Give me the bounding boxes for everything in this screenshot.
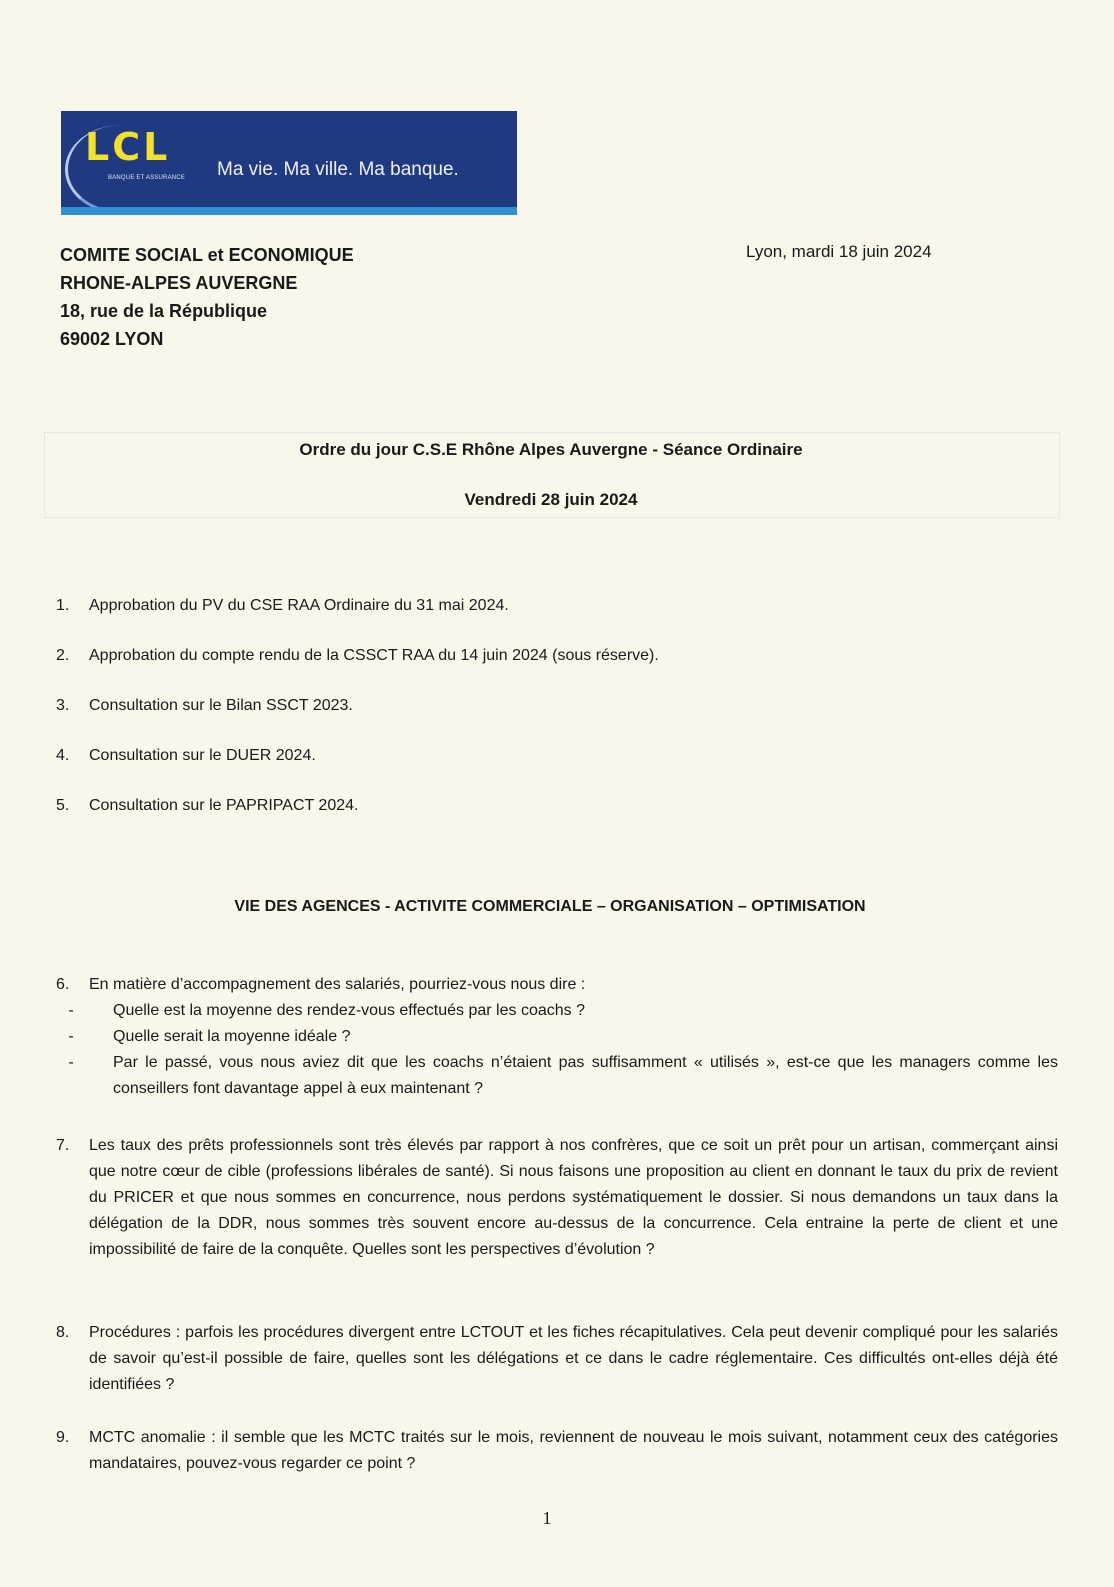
sender-address: COMITE SOCIAL et ECONOMIQUE RHONE-ALPES … [60,241,354,353]
item-number: 2. [56,643,86,669]
bullet-text: Quelle serait la moyenne idéale ? [113,1028,350,1045]
logo-subtitle: BANQUE ET ASSURANCE [108,175,185,181]
letter-date: Lyon, mardi 18 juin 2024 [746,242,932,262]
logo-slogan: Ma vie. Ma ville. Ma banque. [217,159,459,181]
sender-line: COMITE SOCIAL et ECONOMIQUE [60,241,354,269]
sender-line: RHONE-ALPES AUVERGNE [60,269,354,297]
logo-brand: LCL [85,125,170,169]
item-number: 7. [56,1133,86,1159]
lcl-logo-banner: LCL BANQUE ET ASSURANCE Ma vie. Ma ville… [61,111,517,215]
bullet-text: Quelle est la moyenne des rendez-vous ef… [113,1002,585,1019]
bullet-item: - Par le passé, vous nous aviez dit que … [113,1050,1058,1102]
item-number: 6. [56,972,86,998]
meeting-date: Vendredi 28 juin 2024 [0,490,1102,510]
agenda-item: 3. Consultation sur le Bilan SSCT 2023. [56,693,1058,719]
dash-bullet-icon: - [56,1050,86,1076]
item-text: Les taux des prêts professionnels sont t… [89,1133,1058,1263]
item-number: 1. [56,593,86,619]
agenda-item: 7. Les taux des prêts professionnels son… [56,1133,1058,1263]
bullet-text: Par le passé, vous nous aviez dit que le… [113,1054,1058,1097]
item-text: Consultation sur le DUER 2024. [89,743,1058,769]
item-text: MCTC anomalie : il semble que les MCTC t… [89,1425,1058,1477]
agenda-item: 1. Approbation du PV du CSE RAA Ordinair… [56,593,1058,619]
agenda-item: 2. Approbation du compte rendu de la CSS… [56,643,1058,669]
dash-bullet-icon: - [56,1024,86,1050]
agenda-item: 6. En matière d’accompagnement des salar… [56,972,1058,1102]
section-heading: VIE DES AGENCES - ACTIVITE COMMERCIALE –… [0,898,1100,916]
item-text: Approbation du PV du CSE RAA Ordinaire d… [89,593,1058,619]
bullet-list: - Quelle est la moyenne des rendez-vous … [113,998,1058,1102]
agenda-item: 8. Procédures : parfois les procédures d… [56,1320,1058,1398]
page-number: 1 [0,1508,1094,1529]
item-number: 8. [56,1320,86,1346]
item-text: Approbation du compte rendu de la CSSCT … [89,643,1058,669]
item-number: 4. [56,743,86,769]
item-text: En matière d’accompagnement des salariés… [89,972,1058,998]
agenda-item: 5. Consultation sur le PAPRIPACT 2024. [56,793,1058,819]
item-number: 5. [56,793,86,819]
item-text: Consultation sur le PAPRIPACT 2024. [89,793,1058,819]
sender-line: 18, rue de la République [60,297,354,325]
item-number: 3. [56,693,86,719]
logo-stripe [61,207,517,215]
sender-line: 69002 LYON [60,325,354,353]
agenda-item: 9. MCTC anomalie : il semble que les MCT… [56,1425,1058,1477]
item-text: Procédures : parfois les procédures dive… [89,1320,1058,1398]
document-title: Ordre du jour C.S.E Rhône Alpes Auvergne… [0,440,1102,460]
item-number: 9. [56,1425,86,1451]
bullet-item: - Quelle est la moyenne des rendez-vous … [113,998,1058,1024]
bullet-item: - Quelle serait la moyenne idéale ? [113,1024,1058,1050]
agenda-item: 4. Consultation sur le DUER 2024. [56,743,1058,769]
dash-bullet-icon: - [56,998,86,1024]
item-text: Consultation sur le Bilan SSCT 2023. [89,693,1058,719]
